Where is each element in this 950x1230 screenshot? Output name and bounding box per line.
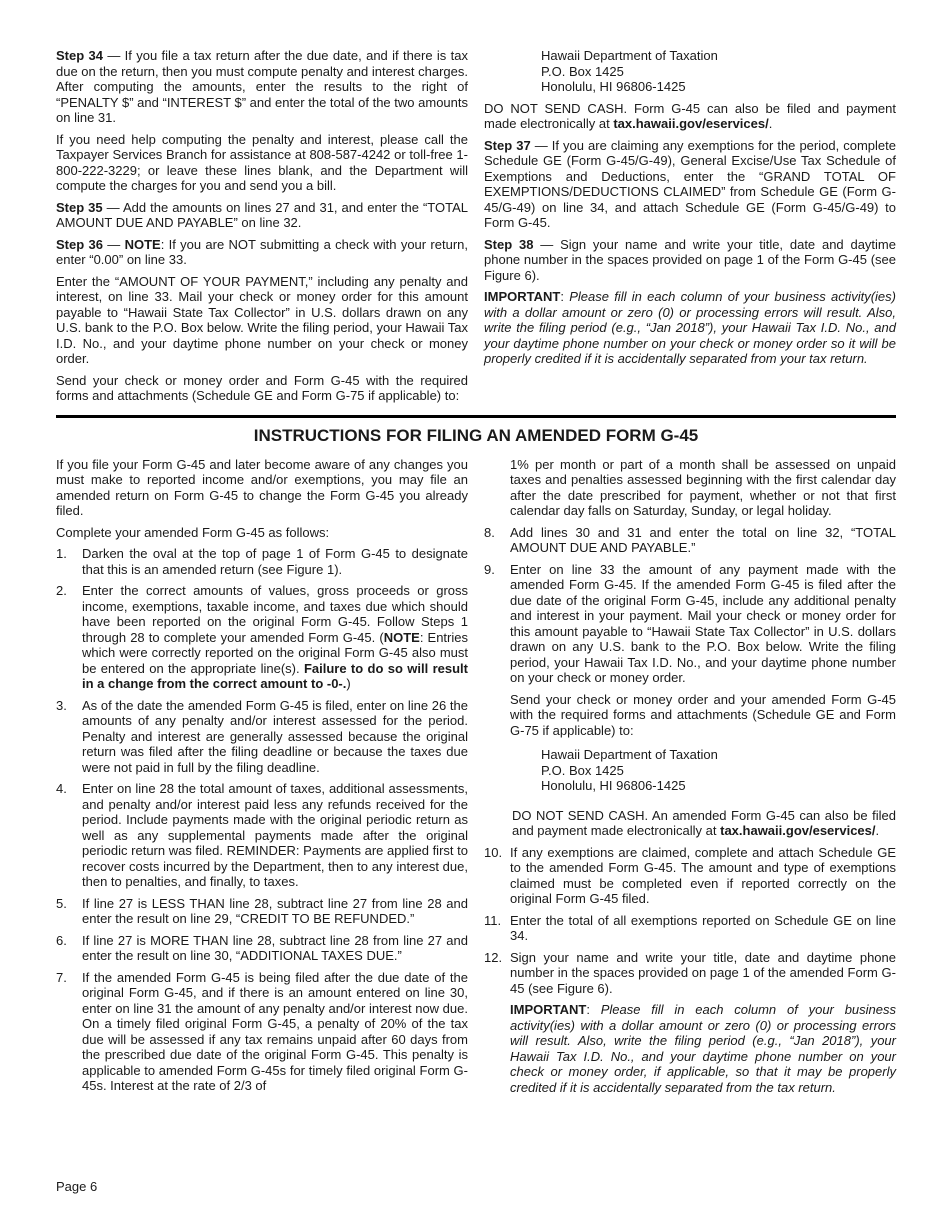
list-item-number: 2. xyxy=(56,583,67,599)
top-section: Step 34 — If you file a tax return after… xyxy=(56,48,896,404)
text-run: IMPORTANT xyxy=(510,1002,586,1017)
paragraph: Send your check or money order and your … xyxy=(484,692,896,739)
paragraph: Step 36 — NOTE: If you are NOT submittin… xyxy=(56,237,468,268)
text-run: — xyxy=(103,237,125,252)
text-run: Darken the oval at the top of page 1 of … xyxy=(82,546,468,577)
paragraph: DO NOT SEND CASH. An amended Form G-45 c… xyxy=(484,808,896,839)
text-run: Add lines 30 and 31 and enter the total … xyxy=(510,525,896,556)
list-item-number: 11. xyxy=(484,913,501,929)
list-item-number: 10. xyxy=(484,845,502,861)
list-item: 11.Enter the total of all exemptions rep… xyxy=(484,913,896,944)
list-item-number: 4. xyxy=(56,781,67,797)
section-divider-rule xyxy=(56,415,896,418)
text-run: — If you are claiming any exemptions for… xyxy=(484,138,896,231)
paragraph: IMPORTANT: Please fill in each column of… xyxy=(484,289,896,367)
text-run: If the amended Form G-45 is being filed … xyxy=(82,970,468,1094)
list-item: 6.If line 27 is MORE THAN line 28, subtr… xyxy=(56,933,468,964)
text-run: If any exemptions are claimed, complete … xyxy=(510,845,896,907)
text-run: IMPORTANT xyxy=(484,289,560,304)
address-line: P.O. Box 1425 xyxy=(541,64,896,80)
text-run: tax.hawaii.gov/eservices/ xyxy=(613,116,768,131)
list-item: 5.If line 27 is LESS THAN line 28, subtr… xyxy=(56,896,468,927)
text-run: Enter the “AMOUNT OF YOUR PAYMENT,” incl… xyxy=(56,274,468,367)
paragraph: Step 35 — Add the amounts on lines 27 an… xyxy=(56,200,468,231)
list-item: 2.Enter the correct amounts of values, g… xyxy=(56,583,468,692)
paragraph: Step 34 — If you file a tax return after… xyxy=(56,48,468,126)
list-item: 4.Enter on line 28 the total amount of t… xyxy=(56,781,468,890)
paragraph: IMPORTANT: Please fill in each column of… xyxy=(484,1002,896,1095)
text-run: Sign your name and write your title, dat… xyxy=(510,950,896,996)
text-run: If you need help computing the penalty a… xyxy=(56,132,468,194)
list-item: 1.Darken the oval at the top of page 1 o… xyxy=(56,546,468,577)
text-run: Step 36 xyxy=(56,237,103,252)
address-block: Hawaii Department of TaxationP.O. Box 14… xyxy=(484,747,896,794)
list-item: 10.If any exemptions are claimed, comple… xyxy=(484,845,896,907)
list-item: 8.Add lines 30 and 31 and enter the tota… xyxy=(484,525,896,556)
document-page: Step 34 — If you file a tax return after… xyxy=(0,0,950,1230)
text-run: tax.hawaii.gov/eservices/ xyxy=(720,823,875,838)
text-run: As of the date the amended Form G-45 is … xyxy=(82,698,468,775)
list-item: 3.As of the date the amended Form G-45 i… xyxy=(56,698,468,776)
text-run: If line 27 is LESS THAN line 28, subtrac… xyxy=(82,896,468,927)
address-line: Hawaii Department of Taxation xyxy=(541,747,896,763)
list-item-number: 9. xyxy=(484,562,495,578)
paragraph: If you file your Form G-45 and later bec… xyxy=(56,457,468,519)
address-line: Hawaii Department of Taxation xyxy=(541,48,896,64)
top-right-column: Hawaii Department of TaxationP.O. Box 14… xyxy=(484,48,896,367)
list-item-number: 3. xyxy=(56,698,67,714)
text-run: 1% per month or part of a month shall be… xyxy=(510,457,896,519)
text-run: Enter the total of all exemptions report… xyxy=(510,913,896,944)
text-run: : xyxy=(560,289,569,304)
text-run: : xyxy=(586,1002,600,1017)
amended-section-title: INSTRUCTIONS FOR FILING AN AMENDED FORM … xyxy=(56,425,896,446)
amended-section: If you file your Form G-45 and later bec… xyxy=(56,457,896,1096)
text-run: Send your check or money order and Form … xyxy=(56,373,468,404)
text-run: . xyxy=(876,823,880,838)
list-item: 12.Sign your name and write your title, … xyxy=(484,950,896,997)
list-item: 9.Enter on line 33 the amount of any pay… xyxy=(484,562,896,686)
paragraph: Complete your amended Form G-45 as follo… xyxy=(56,525,468,541)
text-run: — If you file a tax return after the due… xyxy=(56,48,468,125)
text-run: — Sign your name and write your title, d… xyxy=(484,237,896,283)
address-block: Hawaii Department of TaxationP.O. Box 14… xyxy=(484,48,896,95)
list-item-number: 6. xyxy=(56,933,67,949)
paragraph: DO NOT SEND CASH. Form G-45 can also be … xyxy=(484,101,896,132)
paragraph: Enter the “AMOUNT OF YOUR PAYMENT,” incl… xyxy=(56,274,468,367)
paragraph: 1% per month or part of a month shall be… xyxy=(484,457,896,519)
text-run: Complete your amended Form G-45 as follo… xyxy=(56,525,329,540)
text-run: Step 35 xyxy=(56,200,103,215)
paragraph: Step 37 — If you are claiming any exempt… xyxy=(484,138,896,231)
page-footer: Page 6 xyxy=(56,1179,97,1195)
text-run: If line 27 is MORE THAN line 28, subtrac… xyxy=(82,933,468,964)
list-item-number: 7. xyxy=(56,970,67,986)
text-run: Enter on line 28 the total amount of tax… xyxy=(82,781,468,889)
page-number: Page 6 xyxy=(56,1179,97,1194)
list-item-number: 1. xyxy=(56,546,67,562)
list-item: 7.If the amended Form G-45 is being file… xyxy=(56,970,468,1094)
paragraph: If you need help computing the penalty a… xyxy=(56,132,468,194)
text-run: Step 37 xyxy=(484,138,531,153)
amended-left-column: If you file your Form G-45 and later bec… xyxy=(56,457,468,1094)
text-run: ) xyxy=(346,676,350,691)
amended-right-column: 1% per month or part of a month shall be… xyxy=(484,457,896,1096)
top-left-column: Step 34 — If you file a tax return after… xyxy=(56,48,468,404)
text-run: NOTE xyxy=(125,237,161,252)
paragraph: Step 38 — Sign your name and write your … xyxy=(484,237,896,284)
text-run: . xyxy=(769,116,773,131)
text-run: NOTE xyxy=(384,630,420,645)
list-item-number: 12. xyxy=(484,950,502,966)
address-line: Honolulu, HI 96806-1425 xyxy=(541,778,896,794)
text-run: — Add the amounts on lines 27 and 31, an… xyxy=(56,200,468,231)
paragraph: Send your check or money order and Form … xyxy=(56,373,468,404)
address-line: P.O. Box 1425 xyxy=(541,763,896,779)
address-line: Honolulu, HI 96806-1425 xyxy=(541,79,896,95)
list-item-number: 8. xyxy=(484,525,495,541)
text-run: Step 38 xyxy=(484,237,533,252)
text-run: Send your check or money order and your … xyxy=(510,692,896,738)
text-run: Enter on line 33 the amount of any payme… xyxy=(510,562,896,686)
list-item-number: 5. xyxy=(56,896,67,912)
text-run: Step 34 xyxy=(56,48,103,63)
text-run: If you file your Form G-45 and later bec… xyxy=(56,457,468,519)
